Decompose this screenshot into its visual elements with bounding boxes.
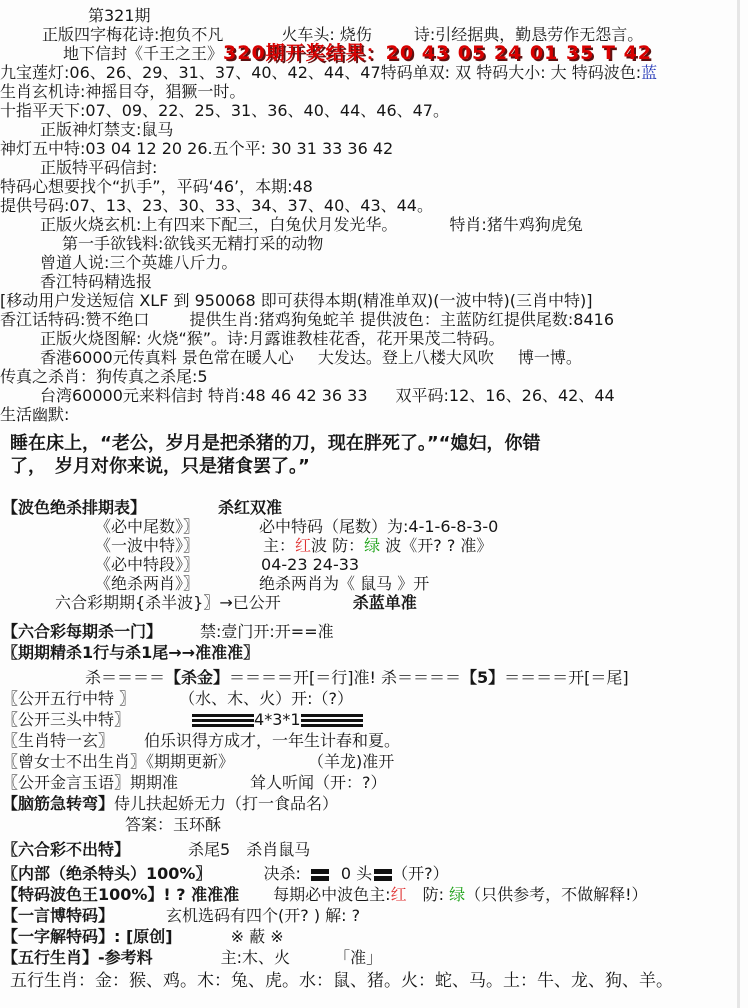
heavy-bars-glyph bbox=[374, 869, 392, 881]
text-segment: （开?） bbox=[392, 864, 449, 883]
one-word-bet-line: 【一言博特码】玄机选码有四个(开? ) 解: ? bbox=[0, 905, 748, 926]
text-segment: 4*3*1 bbox=[254, 710, 301, 729]
text-segment: 睡在床上，“老公，岁月是把杀猪的刀，现在胖死了。”“媳妇，你错 bbox=[10, 433, 541, 454]
madam-zeng-line: 〖曾女士不出生肖〗《期期更新》（羊龙)准开 bbox=[0, 751, 748, 772]
envelope-header-line: 正版特平码信封: bbox=[0, 158, 748, 177]
text-segment: 【脑筋急转弯】 bbox=[2, 794, 114, 813]
text-segment: 每期必中波色主: bbox=[273, 885, 390, 904]
text-segment: 神灯五中特:03 04 12 20 26.五个平: 30 31 33 36 42 bbox=[0, 139, 393, 158]
text-segment: 〖公开金言玉语〗期期准 bbox=[2, 773, 178, 792]
text-segment: 【杀金】 bbox=[165, 668, 229, 687]
text-segment: 《必中特段》〗 bbox=[95, 555, 199, 574]
text-segment: 〖六合彩不出特】 bbox=[2, 840, 130, 859]
numbers-offer-line: 提供号码:07、13、23、30、33、34、37、40、43、44。 bbox=[0, 196, 748, 215]
text-segment: （只供参考，不做解释!） bbox=[465, 885, 647, 904]
tip-sheet-body: 第321期正版四字梅花诗:抱负不凡火车头: 烧伤诗:引经据典，勤恳劳作无怨言。地… bbox=[0, 6, 748, 992]
text-segment: 防: bbox=[407, 885, 449, 904]
issue-number: 第321期 bbox=[0, 6, 748, 25]
text-segment: 正版火烧图解: 火烧“猴”。诗:月露谁教桂花香，花开果茂二特码。 bbox=[40, 329, 504, 348]
kill-gold-line: 杀＝＝＝＝【杀金】＝＝＝＝开[＝行]准! 杀＝＝＝＝【5】＝＝＝＝开[＝尾] bbox=[0, 667, 748, 688]
text-segment: 〖公开三头中特〗 bbox=[2, 710, 130, 729]
precise-kill-line: 〖期期精杀1行与杀1尾→→准准准〗 bbox=[0, 642, 748, 663]
humor-text-line-2: 了， 岁月对你来说，只是猪食罢了。” bbox=[0, 455, 748, 478]
brain-teaser-line: 【脑筋急转弯】侍儿扶起娇无力（打一食品名） bbox=[0, 793, 748, 814]
page-edge-divider bbox=[737, 0, 740, 1008]
text-segment: 特码心想要找个“扒手”，平码‘46’，本期:48 bbox=[0, 177, 313, 196]
text-segment: 【5】 bbox=[461, 668, 504, 687]
text-segment: 主:木、火 bbox=[221, 948, 290, 967]
text-segment: ＝＝＝＝开[＝行]准! 杀＝＝＝＝ bbox=[229, 668, 461, 687]
text-segment: 九宝莲灯:06、26、29、31、37、40、42、44、47特码单双: 双 特… bbox=[0, 63, 641, 82]
text-segment: 绿 bbox=[449, 885, 465, 904]
text-segment: 《绝杀两肖》〗 bbox=[95, 574, 199, 593]
five-element-zodiac-line: 五行生肖：金：猴、鸡。木：兔、虎。水：鼠、猪。火：蛇、马。土：牛、龙、狗、羊。 bbox=[0, 970, 748, 992]
text-segment: 了， 岁月对你来说，只是猪食罢了。” bbox=[10, 456, 310, 477]
text-segment: ※ 蔽 ※ bbox=[231, 927, 284, 946]
text-segment: 生活幽默: bbox=[0, 405, 69, 424]
text-segment: 提供号码:07、13、23、30、33、34、37、40、43、44。 bbox=[0, 196, 433, 215]
five-element-zodiac-header: 【五行生肖】-参考料主:木、火「准」 bbox=[0, 947, 748, 968]
fax-kill-line: 传真之杀肖：狗传真之杀尾:5 bbox=[0, 367, 748, 386]
text-segment: [移动用户发送短信 XLF 到 950068 即可获得本期(精准单双)(一波中特… bbox=[0, 291, 592, 310]
text-segment: （水、木、火）开:（?） bbox=[187, 689, 353, 708]
text-segment: 【五行生肖】-参考料 bbox=[2, 948, 153, 967]
lamp-five-line: 神灯五中特:03 04 12 20 26.五个平: 30 31 33 36 42 bbox=[0, 139, 748, 158]
text-segment: 曾道人说:三个英雄八斤力。 bbox=[40, 253, 237, 272]
zodiac-mystery-line: 〖生肖特一玄〗伯乐识得方成才，一年生计春和夏。 bbox=[0, 730, 748, 751]
text-segment: 波《开? ? 准》 bbox=[380, 536, 492, 555]
text-segment: 答案：玉环酥 bbox=[125, 815, 221, 834]
text-segment: 04-23 24-33 bbox=[261, 555, 359, 574]
text-segment: 绿 bbox=[364, 536, 380, 555]
text-segment: 「准」 bbox=[334, 948, 382, 967]
draw-result-line: 地下信封《千王之王》320期开奖结果：20 43 05 24 01 35 T 4… bbox=[0, 44, 748, 63]
text-segment: 博一博。 bbox=[518, 348, 582, 367]
xiangjiang-tema-line: 香江话特码:赞不绝口提供生肖:猪鸡狗兔蛇羊 提供波色：主蓝防红提供尾数:8416 bbox=[0, 310, 748, 329]
lamp-ban-line: 正版神灯禁支:鼠马 bbox=[0, 120, 748, 139]
no-special-line: 〖六合彩不出特】杀尾5 杀肖鼠马 bbox=[0, 839, 748, 860]
text-segment: 第321期 bbox=[88, 6, 151, 25]
text-segment: 禁:壹门开:开==准 bbox=[200, 622, 334, 641]
humor-header-line: 生活幽默: bbox=[0, 405, 748, 424]
text-segment: 十指平天下:07、09、22、25、31、36、40、44、46、47。 bbox=[0, 101, 449, 120]
five-elements-line: 〖公开五行中特 〗（水、木、火）开:（?） bbox=[0, 688, 748, 709]
text-segment: 【一字解特码】: [原创] bbox=[2, 927, 173, 946]
text-segment: 〖内部（绝杀特头）100%〗 bbox=[2, 864, 211, 883]
text-segment: ＝＝＝＝开[＝尾] bbox=[504, 668, 629, 687]
text-segment: 主： bbox=[263, 536, 295, 555]
text-segment: 侍儿扶起娇无力（打一食品名） bbox=[114, 794, 338, 813]
text-segment: 杀蓝单准 bbox=[353, 593, 417, 612]
teaser-answer-line: 答案：玉环酥 bbox=[0, 814, 748, 835]
text-segment: （羊龙)准开 bbox=[316, 752, 394, 771]
text-segment: 〖公开五行中特 〗 bbox=[2, 689, 135, 708]
money-clue-line: 第一手欲钱料:欲钱买无精打采的动物 bbox=[0, 234, 748, 253]
text-segment: 双平码:12、16、26、42、44 bbox=[396, 386, 615, 405]
text-segment: 【一言博特码】 bbox=[2, 906, 114, 925]
text-segment: 0 头 bbox=[341, 864, 372, 883]
pickpocket-line: 特码心想要找个“扒手”，平码‘46’，本期:48 bbox=[0, 177, 748, 196]
text-segment: 正版火烧玄机:上有四来下配三，白兔伏月发光华。 bbox=[40, 215, 397, 234]
xiangjiang-header-line: 香江特码精选报 bbox=[0, 272, 748, 291]
ten-fingers-line: 十指平天下:07、09、22、25、31、36、40、44、46、47。 bbox=[0, 101, 748, 120]
text-segment: 杀尾5 杀肖鼠马 bbox=[188, 840, 310, 859]
sms-notice-line: [移动用户发送短信 XLF 到 950068 即可获得本期(精准单双)(一波中特… bbox=[0, 291, 748, 310]
text-segment: 特肖:猪牛鸡狗虎兔 bbox=[449, 215, 582, 234]
text-segment: 蓝 bbox=[641, 63, 657, 82]
text-segment: 《一波中特》〗 bbox=[95, 536, 199, 555]
text-segment: 提供生肖:猪鸡狗兔蛇羊 提供波色：主蓝防红提供尾数:8416 bbox=[189, 310, 614, 329]
text-segment: 杀红双准 bbox=[218, 498, 282, 517]
text-segment: 五行生肖：金：猴、鸡。木：兔、虎。水：鼠、猪。火：蛇、马。土：牛、龙、狗、羊。 bbox=[10, 971, 673, 991]
heavy-bars-glyph bbox=[192, 714, 254, 727]
text-segment: 〖生肖特一玄〗 bbox=[2, 731, 114, 750]
text-segment: 红 bbox=[295, 536, 311, 555]
text-segment: 地下信封《千王之王》 bbox=[63, 44, 223, 63]
text-segment: 决杀: bbox=[263, 864, 300, 883]
text-segment: 台湾60000元来料信封 特肖:48 46 42 36 33 bbox=[40, 386, 368, 405]
text-segment: 《必中尾数》〗 bbox=[95, 517, 199, 536]
zodiac-poem-line: 生肖玄机诗:神摇目夺，猖獗一时。 bbox=[0, 82, 748, 101]
text-segment: 正版神灯禁支:鼠马 bbox=[40, 120, 173, 139]
draw-result-text: 320期开奖结果：20 43 05 24 01 35 T 42 bbox=[223, 42, 652, 64]
text-segment: 香江话特码:赞不绝口 bbox=[0, 310, 149, 329]
text-segment: 波 防： bbox=[311, 536, 364, 555]
lottery-tip-sheet: 第321期正版四字梅花诗:抱负不凡火车头: 烧伤诗:引经据典，勤恳劳作无怨言。地… bbox=[0, 0, 748, 1008]
wave-king-line: 【特码波色王100%】! ? 准准准每期必中波色主:红 防: 绿（只供参考，不做… bbox=[0, 884, 748, 905]
text-segment: 香江特码精选报 bbox=[40, 272, 152, 291]
text-segment: 传真之杀肖：狗传真之杀尾:5 bbox=[0, 367, 208, 386]
heavy-bars-glyph bbox=[311, 869, 329, 881]
text-segment: 伯乐识得方成才，一年生计春和夏。 bbox=[144, 731, 400, 750]
half-wave-line: 六合彩期期{杀半波}〗→已公开杀蓝单准 bbox=[0, 593, 748, 612]
heavy-bars-glyph bbox=[301, 714, 363, 727]
humor-text-line-1: 睡在床上，“老公，岁月是把杀猪的刀，现在胖死了。”“媳妇，你错 bbox=[0, 432, 748, 455]
taiwan-line: 台湾60000元来料信封 特肖:48 46 42 36 33双平码:12、16、… bbox=[0, 386, 748, 405]
nine-lotus-line: 九宝莲灯:06、26、29、31、37、40、42、44、47特码单双: 双 特… bbox=[0, 63, 748, 82]
one-wave-line: 《一波中特》〗主：红波 防：绿 波《开? ? 准》 bbox=[0, 536, 748, 555]
text-segment: 【六合彩每期杀一门】 bbox=[2, 622, 162, 641]
zeng-says-line: 曾道人说:三个英雄八斤力。 bbox=[0, 253, 748, 272]
three-heads-line: 〖公开三头中特〗4*3*1 bbox=[0, 709, 748, 730]
kill-two-zodiac-line: 《绝杀两肖》〗绝杀两肖为《 鼠马 》开 bbox=[0, 574, 748, 593]
internal-kill-head-line: 〖内部（绝杀特头）100%〗决杀:0 头（开?） bbox=[0, 863, 748, 884]
text-segment: 香港6000元传真料 景色常在暖人心 bbox=[40, 348, 294, 367]
text-segment: 正版四字梅花诗:抱负不凡 bbox=[42, 25, 223, 44]
text-segment: 〖曾女士不出生肖〗《期期更新》 bbox=[2, 752, 234, 771]
text-segment: 红 bbox=[391, 885, 407, 904]
fire-mystery-line: 正版火烧玄机:上有四来下配三，白兔伏月发光华。特肖:猪牛鸡狗虎兔 bbox=[0, 215, 748, 234]
hk6000-line: 香港6000元传真料 景色常在暖人心大发达。登上八楼大风吹博一博。 bbox=[0, 348, 748, 367]
text-segment: 生肖玄机诗:神摇目夺，猖獗一时。 bbox=[0, 82, 245, 101]
text-segment: 六合彩期期{杀半波}〗→已公开 bbox=[55, 593, 281, 612]
text-segment: 【波色绝杀排期表】 bbox=[2, 498, 146, 517]
text-segment: 大发达。登上八楼大风吹 bbox=[318, 348, 494, 367]
must-hit-segment-line: 《必中特段》〗04-23 24-33 bbox=[0, 555, 748, 574]
text-segment: 第一手欲钱料:欲钱买无精打采的动物 bbox=[62, 234, 323, 253]
text-segment: 必中特码（尾数）为:4-1-6-8-3-0 bbox=[259, 517, 498, 536]
text-segment: 玄机选码有四个(开? ) 解: ? bbox=[166, 906, 360, 925]
golden-words-line: 〖公开金言玉语〗期期准耸人听闻（开：?） bbox=[0, 772, 748, 793]
text-segment: 【特码波色王100%】! ? 准准准 bbox=[2, 885, 239, 904]
text-segment: 耸人听闻（开：?） bbox=[250, 773, 387, 792]
kill-one-gate-line: 【六合彩每期杀一门】禁:壹门开:开==准 bbox=[0, 621, 748, 642]
wave-kill-table-header: 【波色绝杀排期表】杀红双准 bbox=[0, 498, 748, 517]
text-segment: 杀＝＝＝＝ bbox=[85, 668, 165, 687]
fire-diagram-line: 正版火烧图解: 火烧“猴”。诗:月露谁教桂花香，花开果茂二特码。 bbox=[0, 329, 748, 348]
text-segment: 正版特平码信封: bbox=[40, 158, 157, 177]
text-segment: 绝杀两肖为《 鼠马 》开 bbox=[259, 574, 429, 593]
must-hit-tail-line: 《必中尾数》〗必中特码（尾数）为:4-1-6-8-3-0 bbox=[0, 517, 748, 536]
text-segment: 〖期期精杀1行与杀1尾→→准准准〗 bbox=[2, 643, 259, 662]
one-char-solve-line: 【一字解特码】: [原创]※ 蔽 ※ bbox=[0, 926, 748, 947]
